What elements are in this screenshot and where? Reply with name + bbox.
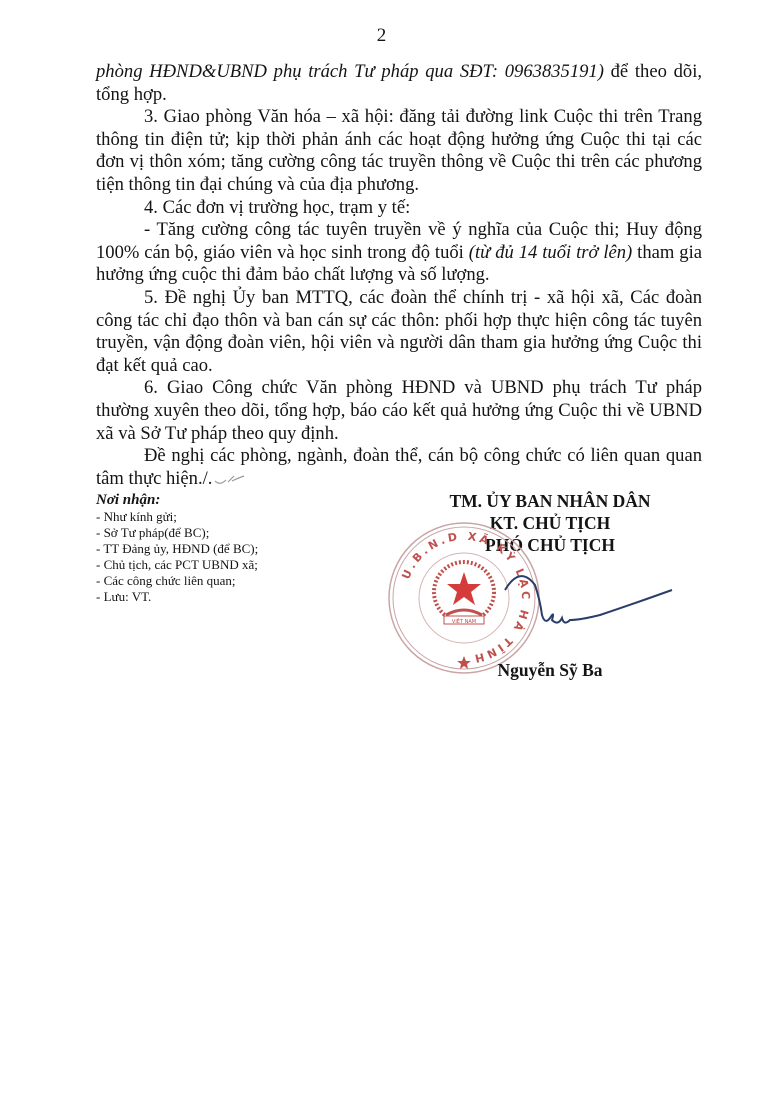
handwritten-signature-icon <box>500 560 680 640</box>
recipient-item: - TT Đảng ủy, HĐND (để BC); <box>96 541 376 557</box>
signature-title-1: TM. ỦY BAN NHÂN DÂN <box>400 490 700 512</box>
recipients-title: Nơi nhận: <box>96 491 376 509</box>
age-note-italic: (từ đủ 14 tuổi trở lên) <box>469 242 632 263</box>
recipient-item: - Sở Tư pháp(để BC); <box>96 525 376 541</box>
paragraph-item-4a: - Tăng cường công tác tuyên truyền về ý … <box>96 219 702 287</box>
recipient-item: - Như kính gửi; <box>96 509 376 525</box>
paragraph-item-3: 3. Giao phòng Văn hóa – xã hội: đăng tải… <box>96 106 702 196</box>
paragraph-item-5: 5. Đề nghị Ủy ban MTTQ, các đoàn thể chí… <box>96 287 702 377</box>
page-number: 2 <box>0 25 763 47</box>
paragraph-item-4: 4. Các đơn vị trường học, trạm y tế: <box>96 197 702 220</box>
signer-name: Nguyễn Sỹ Ba <box>400 660 700 681</box>
paragraph-contact: phòng HĐND&UBND phụ trách Tư pháp qua SĐ… <box>96 61 702 106</box>
svg-text:VIỆT NAM: VIỆT NAM <box>452 617 476 625</box>
recipients-list: Nơi nhận: - Như kính gửi; - Sở Tư pháp(đ… <box>96 491 376 605</box>
document-body: phòng HĐND&UBND phụ trách Tư pháp qua SĐ… <box>96 61 702 490</box>
contact-italic: phòng HĐND&UBND phụ trách Tư pháp qua SĐ… <box>96 61 604 82</box>
recipient-item: - Chủ tịch, các PCT UBND xã; <box>96 557 376 573</box>
paragraph-item-6: 6. Giao Công chức Văn phòng HĐND và UBND… <box>96 377 702 445</box>
recipient-item: - Các công chức liên quan; <box>96 573 376 589</box>
initials-mark-icon <box>214 472 248 486</box>
closing-text: Đề nghị các phòng, ngành, đoàn thể, cán … <box>96 445 702 489</box>
recipient-item: - Lưu: VT. <box>96 589 376 605</box>
paragraph-closing: Đề nghị các phòng, ngành, đoàn thể, cán … <box>96 445 702 490</box>
